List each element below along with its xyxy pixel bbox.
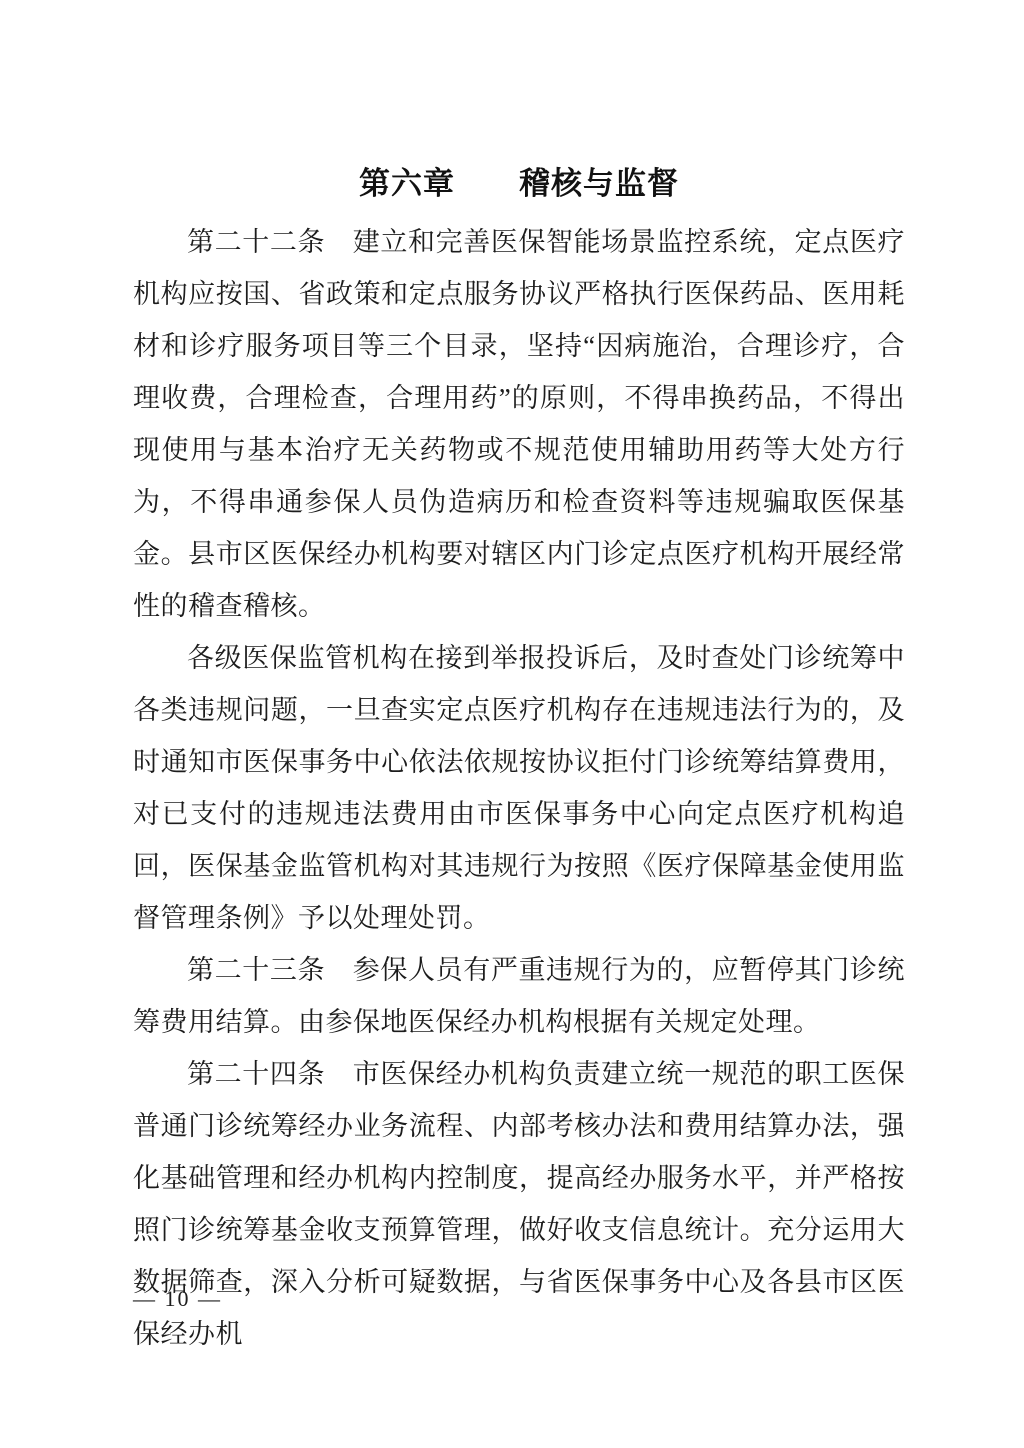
paragraph-supervision: 各级医保监管机构在接到举报投诉后，及时查处门诊统筹中各类违规问题，一旦查实定点医… xyxy=(133,632,905,944)
chapter-title: 第六章 稽核与监督 xyxy=(133,158,905,210)
document-content: 第六章 稽核与监督 第二十二条 建立和完善医保智能场景监控系统，定点医疗机构应按… xyxy=(133,158,905,1360)
page-number: — 10 — xyxy=(133,1284,222,1314)
paragraph-article-22: 第二十二条 建立和完善医保智能场景监控系统，定点医疗机构应按国、省政策和定点服务… xyxy=(133,216,905,632)
document-page: 第六章 稽核与监督 第二十二条 建立和完善医保智能场景监控系统，定点医疗机构应按… xyxy=(0,0,1024,1448)
paragraph-article-23: 第二十三条 参保人员有严重违规行为的，应暂停其门诊统筹费用结算。由参保地医保经办… xyxy=(133,944,905,1048)
paragraph-article-24: 第二十四条 市医保经办机构负责建立统一规范的职工医保普通门诊统筹经办业务流程、内… xyxy=(133,1048,905,1360)
